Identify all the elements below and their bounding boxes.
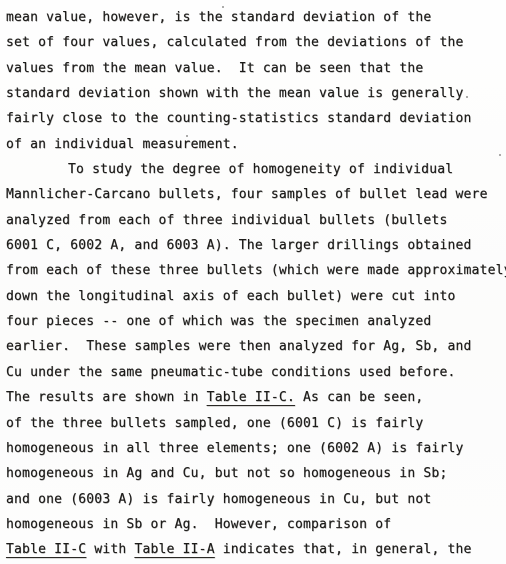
text-line: homogeneous in Ag and Cu, but not so hom… xyxy=(6,461,502,486)
text-segment: fairly close to the counting-statistics … xyxy=(6,111,472,126)
document-lines: mean value, however, is the standard dev… xyxy=(6,5,502,563)
text-line: homogeneous in all three elements; one (… xyxy=(6,436,502,461)
text-line: of an individual measurement. xyxy=(6,132,502,157)
text-line: fairly close to the counting-statistics … xyxy=(6,106,502,131)
text-segment: of an individual measurement. xyxy=(6,137,239,152)
text-line: 6001 C, 6002 A, and 6003 A). The larger … xyxy=(6,233,502,258)
text-line: four pieces -- one of which was the spec… xyxy=(6,309,502,334)
text-line: of the three bullets sampled, one (6001 … xyxy=(6,411,502,436)
text-segment: earlier. These samples were then analyze… xyxy=(6,339,472,354)
text-line: standard deviation shown with the mean v… xyxy=(6,81,502,106)
text-line: mean value, however, is the standard dev… xyxy=(6,5,502,30)
text-line: from each of these three bullets (which … xyxy=(6,258,502,283)
text-segment: and one (6003 A) is fairly homogeneous i… xyxy=(6,492,431,507)
text-line: analyzed from each of three individual b… xyxy=(6,208,502,233)
text-line: Mannlicher-Carcano bullets, four samples… xyxy=(6,182,502,207)
text-segment: four pieces -- one of which was the spec… xyxy=(6,314,431,329)
table-reference: Table II-A xyxy=(134,542,214,557)
text-segment: standard deviation shown with the mean v… xyxy=(6,86,464,101)
text-line: and one (6003 A) is fairly homogeneous i… xyxy=(6,487,502,512)
text-line: To study the degree of homogeneity of in… xyxy=(6,157,502,182)
text-segment: homogeneous in Ag and Cu, but not so hom… xyxy=(6,466,447,481)
table-reference: Table II-C. xyxy=(207,390,295,405)
scanned-page: mean value, however, is the standard dev… xyxy=(0,0,506,564)
text-line: Cu under the same pneumatic-tube conditi… xyxy=(6,360,502,385)
text-line: values from the mean value. It can be se… xyxy=(6,56,502,81)
text-segment: Mannlicher-Carcano bullets, four samples… xyxy=(6,187,488,202)
text-line: homogeneous in Sb or Ag. However, compar… xyxy=(6,512,502,537)
text-line: The results are shown in Table II-C. As … xyxy=(6,385,502,410)
text-line: down the longitudinal axis of each bulle… xyxy=(6,284,502,309)
text-segment: 6001 C, 6002 A, and 6003 A). The larger … xyxy=(6,238,472,253)
text-segment: with xyxy=(86,542,134,557)
text-segment: As can be seen, xyxy=(295,390,423,405)
text-segment: mean value, however, is the standard dev… xyxy=(6,10,431,25)
text-segment: values from the mean value. It can be se… xyxy=(6,61,423,76)
text-segment: analyzed from each of three individual b… xyxy=(6,213,447,228)
text-segment: To study the degree of homogeneity of in… xyxy=(68,162,453,177)
text-segment: set of four values, calculated from the … xyxy=(6,35,464,50)
text-segment: of the three bullets sampled, one (6001 … xyxy=(6,416,423,431)
text-segment: indicates that, in general, the xyxy=(215,542,472,557)
text-segment: homogeneous in all three elements; one (… xyxy=(6,441,464,456)
text-segment: The results are shown in xyxy=(6,390,207,405)
table-reference: Table II-C xyxy=(6,542,86,557)
text-segment: homogeneous in Sb or Ag. However, compar… xyxy=(6,517,391,532)
text-segment: from each of these three bullets (which … xyxy=(6,263,506,278)
text-segment: down the longitudinal axis of each bulle… xyxy=(6,289,456,304)
text-line: set of four values, calculated from the … xyxy=(6,30,502,55)
text-segment: Cu under the same pneumatic-tube conditi… xyxy=(6,365,456,380)
text-line: Table II-C with Table II-A indicates tha… xyxy=(6,537,502,562)
text-line: earlier. These samples were then analyze… xyxy=(6,334,502,359)
